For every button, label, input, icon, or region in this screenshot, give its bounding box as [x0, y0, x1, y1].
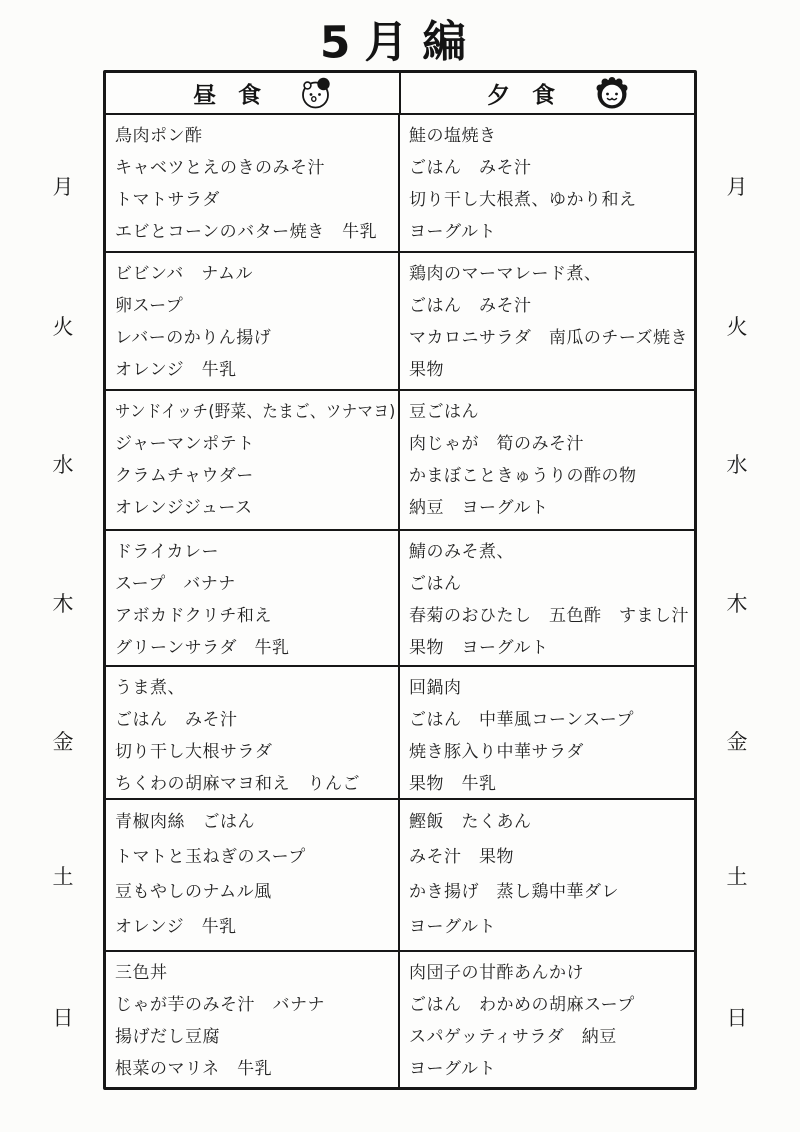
menu-table: 昼食 夕食	[103, 70, 697, 1090]
menu-item: 卵スープ	[115, 290, 396, 322]
dinner-cell: 鶏肉のマーマレード煮、 ごはん みそ汁 マカロニサラダ 南瓜のチーズ焼き 果物	[400, 253, 694, 389]
menu-item: 揚げだし豆腐	[115, 1021, 396, 1053]
lunch-cell: 青椒肉絲 ごはん トマトと玉ねぎのスープ 豆もやしのナムル風 オレンジ 牛乳	[106, 800, 400, 950]
menu-item: 三色丼	[115, 957, 396, 989]
day-label-sat: 土	[40, 809, 86, 942]
menu-row-tue: ビビンバ ナムル 卵スープ レバーのかりん揚げ オレンジ 牛乳 鶏肉のマーマレー…	[106, 253, 694, 391]
menu-item: ドライカレー	[115, 536, 396, 568]
menu-item: キャベツとえのきのみそ汁	[115, 152, 396, 184]
menu-item: ごはん みそ汁	[115, 704, 396, 736]
menu-item: 果物 ヨーグルト	[409, 632, 692, 664]
lunch-cell: 三色丼 じゃが芋のみそ汁 バナナ 揚げだし豆腐 根菜のマリネ 牛乳	[106, 952, 400, 1087]
dinner-cell: 肉団子の甘酢あんかけ ごはん わかめの胡麻スープ スパゲッティサラダ 納豆 ヨー…	[400, 952, 694, 1087]
day-label-sat: 土	[714, 809, 760, 942]
lunch-cell: ビビンバ ナムル 卵スープ レバーのかりん揚げ オレンジ 牛乳	[106, 253, 400, 389]
menu-item: ごはん わかめの胡麻スープ	[409, 989, 692, 1021]
menu-item: アボカドクリチ和え	[115, 600, 396, 632]
menu-row-sat: 青椒肉絲 ごはん トマトと玉ねぎのスープ 豆もやしのナムル風 オレンジ 牛乳 鰹…	[106, 800, 694, 952]
dinner-header: 夕食	[401, 73, 694, 113]
day-column-left: 月 火 水 木 金 土 日	[40, 115, 86, 1092]
menu-item: 切り干し大根煮、ゆかり和え	[409, 184, 692, 216]
day-label-mon: 月	[40, 115, 86, 257]
menu-row-fri: うま煮、 ごはん みそ汁 切り干し大根サラダ ちくわの胡麻マヨ和え りんご 回鍋…	[106, 667, 694, 800]
lunch-cell: ドライカレー スープ バナナ アボカドクリチ和え グリーンサラダ 牛乳	[106, 531, 400, 665]
menu-item: うま煮、	[115, 672, 396, 704]
menu-item: 豆ごはん	[409, 396, 692, 428]
menu-item: エビとコーンのバター焼き 牛乳	[115, 216, 396, 248]
menu-row-sun: 三色丼 じゃが芋のみそ汁 バナナ 揚げだし豆腐 根菜のマリネ 牛乳 肉団子の甘酢…	[106, 952, 694, 1087]
menu-item: 鰹飯 たくあん	[409, 805, 692, 840]
lunch-cell: サンドイッチ(野菜、たまご、ツナマヨ) ジャーマンポテト クラムチャウダー オレ…	[106, 391, 400, 529]
lunch-cell: 鳥肉ポン酢 キャベツとえのきのみそ汁 トマトサラダ エビとコーンのバター焼き 牛…	[106, 115, 400, 251]
day-label-wed: 水	[714, 395, 760, 533]
day-label-thu: 木	[40, 533, 86, 673]
menu-item: 肉じゃが 筍のみそ汁	[409, 428, 692, 460]
day-label-tue: 火	[714, 257, 760, 395]
day-label-fri: 金	[714, 673, 760, 809]
dinner-cell: 豆ごはん 肉じゃが 筍のみそ汁 かまぼこときゅうりの酢の物 納豆 ヨーグルト	[400, 391, 694, 529]
menu-item: 豆もやしのナムル風	[115, 875, 396, 910]
day-label-sun: 日	[40, 942, 86, 1092]
lunch-cell: うま煮、 ごはん みそ汁 切り干し大根サラダ ちくわの胡麻マヨ和え りんご	[106, 667, 400, 798]
menu-item: かき揚げ 蒸し鶏中華ダレ	[409, 875, 692, 910]
menu-item: 肉団子の甘酢あんかけ	[409, 957, 692, 989]
menu-item: ごはん みそ汁	[409, 152, 692, 184]
table-header: 昼食 夕食	[106, 73, 694, 115]
menu-item: ごはん みそ汁	[409, 290, 692, 322]
menu-item: トマトサラダ	[115, 184, 396, 216]
page-title: 5月編	[0, 3, 800, 73]
bear-with-beret-icon	[299, 75, 335, 111]
day-label-mon: 月	[714, 115, 760, 257]
menu-item: クラムチャウダー	[115, 460, 396, 492]
menu-item: オレンジジュース	[115, 492, 396, 524]
lunch-header: 昼食	[106, 73, 401, 113]
menu-item: ビビンバ ナムル	[115, 258, 396, 290]
lunch-header-label: 昼食	[170, 76, 282, 110]
menu-item: 回鍋肉	[409, 672, 692, 704]
menu-item: レバーのかりん揚げ	[115, 322, 396, 354]
day-label-wed: 水	[40, 395, 86, 533]
menu-item: オレンジ 牛乳	[115, 354, 396, 386]
dinner-header-label: 夕食	[464, 76, 576, 110]
day-label-sun: 日	[714, 942, 760, 1092]
day-label-fri: 金	[40, 673, 86, 809]
lion-face-icon	[593, 74, 631, 112]
menu-item: かまぼこときゅうりの酢の物	[409, 460, 692, 492]
menu-item: 鶏肉のマーマレード煮、	[409, 258, 692, 290]
menu-item: サンドイッチ(野菜、たまご、ツナマヨ)	[115, 396, 370, 428]
dinner-cell: 鰹飯 たくあん みそ汁 果物 かき揚げ 蒸し鶏中華ダレ ヨーグルト	[400, 800, 694, 950]
dinner-cell: 鯖のみそ煮、 ごはん 春菊のおひたし 五色酢 すまし汁 果物 ヨーグルト	[400, 531, 694, 665]
menu-item: ジャーマンポテト	[115, 428, 396, 460]
menu-item: ヨーグルト	[409, 910, 692, 945]
dinner-cell: 回鍋肉 ごはん 中華風コーンスープ 焼き豚入り中華サラダ 果物 牛乳	[400, 667, 694, 798]
menu-item: 鮭の塩焼き	[409, 120, 692, 152]
menu-item: トマトと玉ねぎのスープ	[115, 840, 396, 875]
menu-item: ごはん 中華風コーンスープ	[409, 704, 692, 736]
menu-item: グリーンサラダ 牛乳	[115, 632, 396, 664]
menu-row-mon: 鳥肉ポン酢 キャベツとえのきのみそ汁 トマトサラダ エビとコーンのバター焼き 牛…	[106, 115, 694, 253]
menu-item: じゃが芋のみそ汁 バナナ	[115, 989, 396, 1021]
day-column-right: 月 火 水 木 金 土 日	[714, 115, 760, 1092]
menu-item: ヨーグルト	[409, 216, 692, 248]
dinner-cell: 鮭の塩焼き ごはん みそ汁 切り干し大根煮、ゆかり和え ヨーグルト	[400, 115, 694, 251]
menu-item: ヨーグルト	[409, 1053, 692, 1085]
menu-item: スープ バナナ	[115, 568, 396, 600]
day-label-tue: 火	[40, 257, 86, 395]
day-label-thu: 木	[714, 533, 760, 673]
menu-item: 果物	[409, 354, 692, 386]
menu-row-thu: ドライカレー スープ バナナ アボカドクリチ和え グリーンサラダ 牛乳 鯖のみそ…	[106, 531, 694, 667]
menu-item: みそ汁 果物	[409, 840, 692, 875]
menu-item: 鯖のみそ煮、	[409, 536, 692, 568]
menu-item: 納豆 ヨーグルト	[409, 492, 692, 524]
menu-item: ちくわの胡麻マヨ和え りんご	[115, 768, 396, 798]
menu-item: オレンジ 牛乳	[115, 910, 396, 945]
menu-item: 切り干し大根サラダ	[115, 736, 396, 768]
menu-item: 根菜のマリネ 牛乳	[115, 1053, 396, 1085]
menu-item: 焼き豚入り中華サラダ	[409, 736, 692, 768]
menu-item: ごはん	[409, 568, 692, 600]
menu-item: マカロニサラダ 南瓜のチーズ焼き	[409, 322, 692, 354]
menu-row-wed: サンドイッチ(野菜、たまご、ツナマヨ) ジャーマンポテト クラムチャウダー オレ…	[106, 391, 694, 531]
menu-item: 鳥肉ポン酢	[115, 120, 396, 152]
menu-item: 果物 牛乳	[409, 768, 692, 798]
menu-item: スパゲッティサラダ 納豆	[409, 1021, 692, 1053]
menu-item: 春菊のおひたし 五色酢 すまし汁	[409, 600, 692, 632]
menu-item: 青椒肉絲 ごはん	[115, 805, 396, 840]
